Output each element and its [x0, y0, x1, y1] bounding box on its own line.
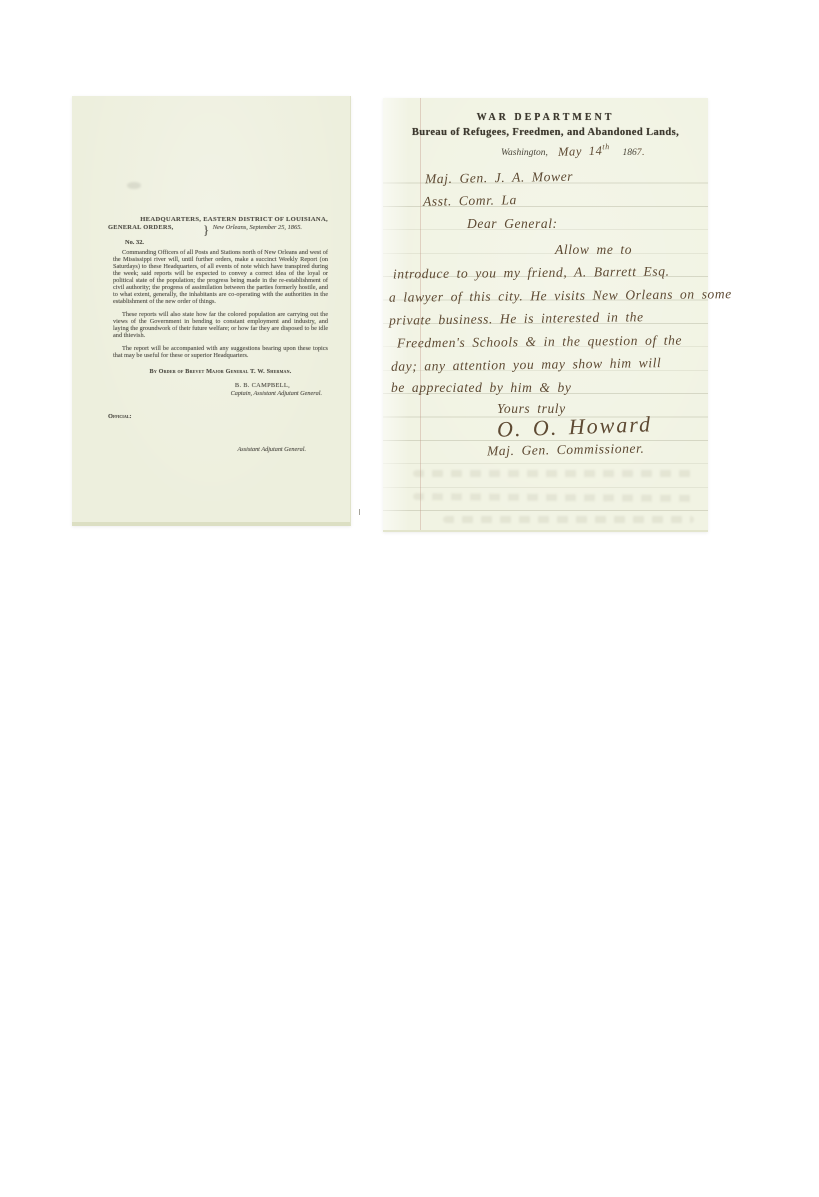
orders-dateline-row: GENERAL ORDERS, } New Orleans, September…	[113, 224, 328, 234]
date-ordinal: th	[602, 142, 610, 151]
handwritten-letter-page: WAR DEPARTMENT Bureau of Refugees, Freed…	[383, 98, 708, 532]
order-number: No. 32.	[125, 239, 328, 246]
letter-line-body: Freedmen's Schools & in the question of …	[397, 333, 682, 352]
signer-title: Captain, Assistant Adjutant General.	[113, 390, 328, 397]
printed-year-prefix: 186	[623, 148, 637, 158]
letter-line-salutation: Dear General:	[467, 216, 558, 232]
letter-line-body: introduce to you my friend, A. Barrett E…	[393, 264, 670, 283]
order-paragraph-1: Commanding Officers of all Posts and Sta…	[113, 249, 328, 305]
letterhead-department: WAR DEPARTMENT	[383, 112, 708, 123]
general-orders-label: GENERAL ORDERS,	[108, 224, 174, 231]
order-paragraph-2: These reports will also state how far th…	[113, 311, 328, 339]
official-label: Official:	[108, 413, 328, 420]
bleed-through-ghost	[413, 470, 694, 477]
signature-title: Maj. Gen. Commissioner.	[487, 441, 645, 460]
letter-line-addressee-title: Asst. Comr. La	[423, 192, 517, 210]
letter-line-body: a lawyer of this city. He visits New Orl…	[389, 286, 732, 306]
signer-name: B. B. CAMPBELL,	[113, 382, 328, 389]
printed-text-block: HEADQUARTERS, EASTERN DISTRICT OF LOUISI…	[113, 216, 328, 453]
printed-general-orders-page: HEADQUARTERS, EASTERN DISTRICT OF LOUISI…	[72, 96, 351, 526]
official-closing: Assistant Adjutant General.	[113, 446, 328, 453]
letter-line-body: Allow me to	[555, 242, 632, 258]
paper-smudge	[127, 182, 141, 189]
bleed-through-ghost	[413, 493, 694, 502]
place-label: Washington,	[501, 148, 548, 158]
pen-mark	[359, 509, 360, 515]
letter-line-body: day; any attention you may show him will	[391, 355, 662, 375]
order-paragraph-3: The report will be accompanied with any …	[113, 345, 328, 359]
by-order-line: By Order of Brevet Major General T. W. S…	[113, 368, 328, 375]
document-heading: HEADQUARTERS, EASTERN DISTRICT OF LOUISI…	[113, 216, 328, 224]
brace-glyph: }	[203, 222, 209, 238]
letter-line-body: private business. He is interested in th…	[389, 309, 644, 329]
handwritten-date: May 14th	[558, 142, 610, 160]
letterhead-bureau: Bureau of Refugees, Freedmen, and Abando…	[383, 127, 708, 138]
letterhead: WAR DEPARTMENT Bureau of Refugees, Freed…	[383, 112, 708, 159]
scanned-documents-background: HEADQUARTERS, EASTERN DISTRICT OF LOUISI…	[0, 0, 819, 1197]
letter-line-addressee: Maj. Gen. J. A. Mower	[425, 169, 573, 188]
letter-line-body: be appreciated by him & by	[391, 380, 571, 396]
dateline: New Orleans, September 25, 1865.	[213, 224, 302, 231]
date-day: May 14	[558, 144, 603, 160]
handwritten-year-digit: 7.	[637, 148, 645, 158]
bleed-through-ghost	[443, 516, 694, 523]
letterhead-dateline: Washington, May 14th 1867.	[383, 143, 708, 159]
signature: O. O. Howard	[497, 411, 653, 442]
